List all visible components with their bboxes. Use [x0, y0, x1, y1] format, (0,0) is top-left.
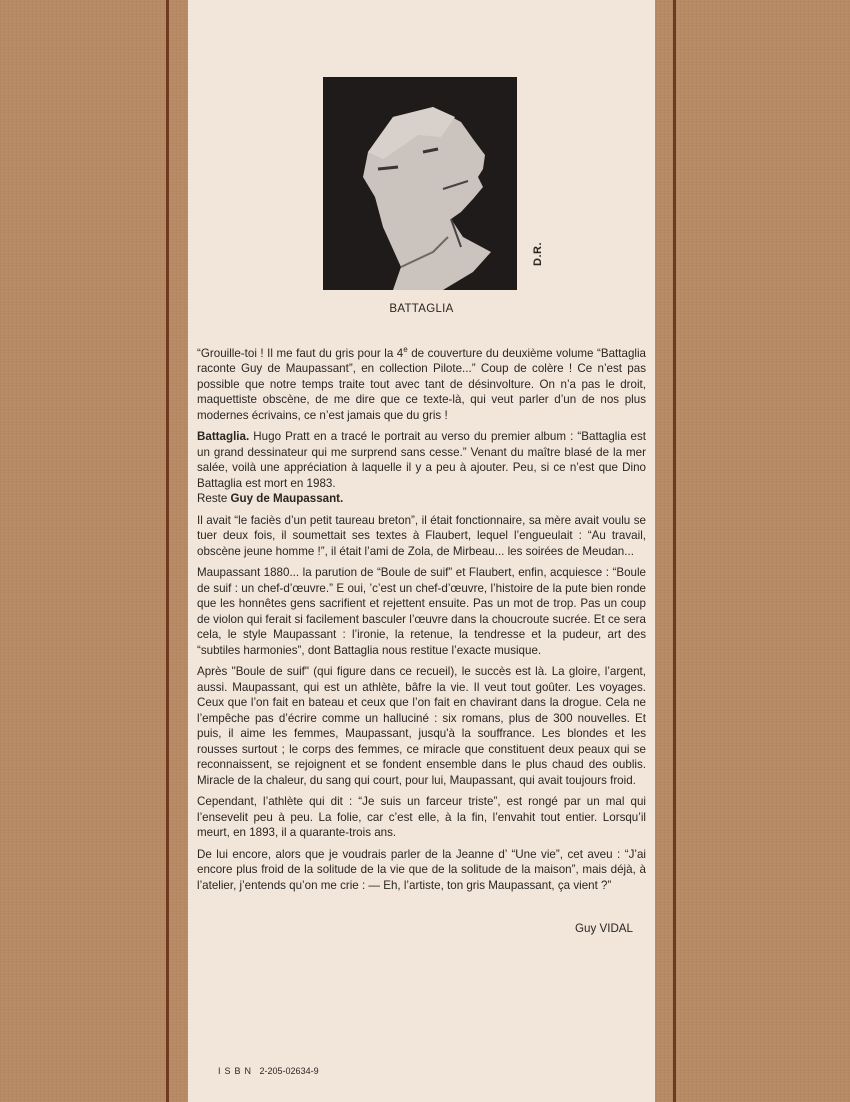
portrait-image-icon	[323, 77, 517, 290]
paragraph-text: Après "Boule de suif" (qui figure dans c…	[197, 665, 646, 787]
right-border-rule	[673, 0, 676, 1102]
isbn-number: 2-205-02634-9	[260, 1066, 319, 1076]
paragraph-text: Reste	[197, 492, 231, 505]
back-cover-panel: D.R. BATTAGLIA “Grouille-toi ! Il me fau…	[188, 0, 655, 1102]
author-signature: Guy VIDAL	[575, 922, 633, 935]
photo-caption: BATTAGLIA	[188, 303, 655, 315]
paragraph-text: Cependant, l’athlète qui dit : “Je suis …	[197, 795, 646, 839]
article-paragraph: Reste Guy de Maupassant.	[197, 491, 646, 507]
article-paragraph: “Grouille-toi ! Il me faut du gris pour …	[197, 342, 646, 423]
paragraph-text: “Grouille-toi ! Il me faut du gris pour …	[197, 347, 403, 360]
paragraph-text: De lui encore, alors que je voudrais par…	[197, 848, 646, 892]
isbn-line: ISBN 2-205-02634-9	[218, 1066, 319, 1076]
article-paragraph: De lui encore, alors que je voudrais par…	[197, 847, 646, 894]
left-border-rule	[166, 0, 169, 1102]
paragraph-text: Il avait “le faciès d’un petit taureau b…	[197, 514, 646, 558]
paragraph-text: Maupassant 1880... la parution de “Boule…	[197, 566, 646, 657]
bold-text: Battaglia.	[197, 430, 249, 443]
article-paragraph: Après "Boule de suif" (qui figure dans c…	[197, 664, 646, 788]
article-paragraph: Il avait “le faciès d’un petit taureau b…	[197, 513, 646, 560]
paragraph-text: Hugo Pratt en a tracé le portrait au ver…	[197, 430, 646, 490]
isbn-label: ISBN	[218, 1066, 255, 1076]
article-paragraph: Maupassant 1880... la parution de “Boule…	[197, 565, 646, 658]
author-portrait-photo	[323, 77, 517, 290]
article-body: “Grouille-toi ! Il me faut du gris pour …	[197, 342, 646, 899]
article-paragraph: Cependant, l’athlète qui dit : “Je suis …	[197, 794, 646, 841]
bold-text: Guy de Maupassant.	[231, 492, 344, 505]
article-paragraph: Battaglia. Hugo Pratt en a tracé le port…	[197, 429, 646, 491]
photo-credit: D.R.	[532, 242, 544, 266]
